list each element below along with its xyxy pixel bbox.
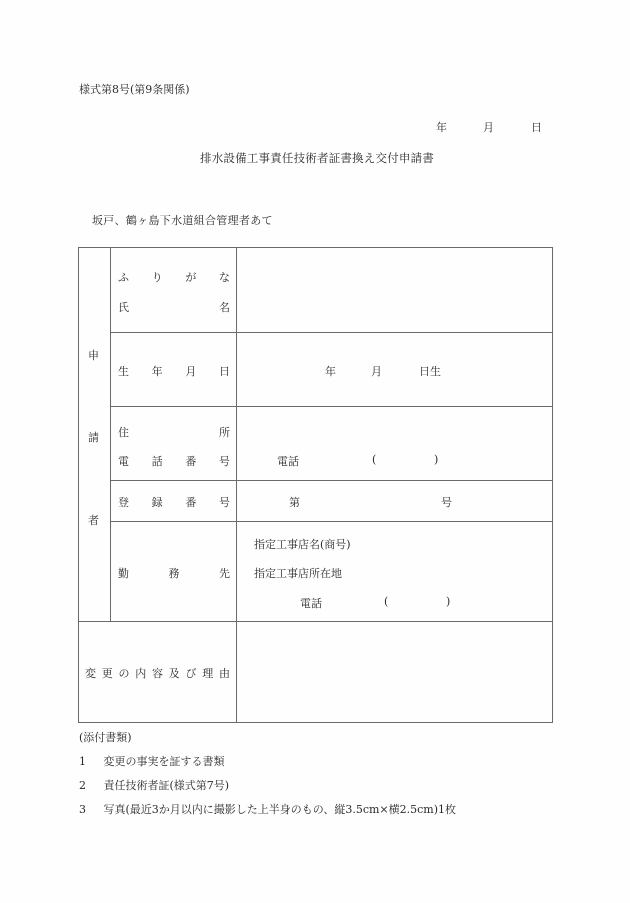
label-char: 容 — [152, 665, 163, 681]
shop-address-label: 指定工事店所在地 — [254, 565, 342, 581]
label-char: 号 — [219, 453, 230, 469]
group-column-divider — [110, 247, 111, 621]
attachments-heading: (添付書類) — [79, 729, 132, 745]
table-border-top — [78, 247, 553, 248]
label-char: 及 — [169, 665, 180, 681]
attachment-item: 3 写真(最近3か月以内に撮影した上半身のもの、縦3.5cm×横2.5cm)1枚 — [79, 801, 456, 817]
address-label: 住 所 — [118, 424, 230, 440]
addressee: 坂戸、鶴ヶ島下水道組合管理者あて — [92, 212, 273, 228]
furigana-label: ふ り が な — [118, 269, 230, 285]
row-divider — [78, 621, 553, 622]
label-char: ふ — [118, 269, 129, 285]
label-char: 勤 — [118, 565, 129, 581]
table-border-left — [78, 247, 79, 723]
label-char: 所 — [219, 424, 230, 440]
label-char: 氏 — [118, 299, 129, 315]
label-char: 月 — [185, 363, 196, 379]
birthdate-label: 生 年 月 日 — [118, 363, 230, 379]
label-char: び — [186, 665, 197, 681]
label-char: 日 — [219, 363, 230, 379]
label-char: 名 — [219, 299, 230, 315]
label-char: 内 — [135, 665, 146, 681]
paren-close: ) — [446, 595, 450, 608]
label-char: が — [185, 269, 196, 285]
paren-open: ( — [384, 595, 388, 608]
attachment-text: 責任技術者証(様式第7号) — [104, 779, 230, 792]
label-char: 住 — [118, 424, 129, 440]
birth-day-label: 日生 — [419, 363, 441, 379]
date-day-label: 日 — [531, 119, 542, 135]
label-char: り — [152, 269, 163, 285]
attachment-number: 1 — [79, 755, 86, 768]
label-char: 番 — [185, 453, 196, 469]
date-year-label: 年 — [436, 119, 447, 135]
registration-label: 登 録 番 号 — [118, 494, 230, 510]
row-divider — [110, 480, 553, 481]
label-char: 電 — [118, 453, 129, 469]
form-number: 様式第8号(第9条関係) — [79, 81, 190, 97]
label-char: 変 — [85, 665, 96, 681]
birth-month-label: 月 — [371, 363, 382, 379]
attachment-item: 2 責任技術者証(様式第7号) — [79, 777, 229, 793]
attachment-number: 3 — [79, 803, 86, 816]
attachment-text: 変更の事実を証する書類 — [104, 755, 225, 768]
label-char: 理 — [202, 665, 213, 681]
label-char: 録 — [152, 494, 163, 510]
attachment-text: 写真(最近3か月以内に撮影した上半身のもの、縦3.5cm×横2.5cm)1枚 — [104, 803, 457, 816]
label-char: 登 — [118, 494, 129, 510]
birth-year-label: 年 — [325, 363, 336, 379]
label-char: 話 — [152, 453, 163, 469]
paren-close: ) — [434, 453, 438, 466]
table-border-right — [552, 247, 553, 723]
label-char: 年 — [152, 363, 163, 379]
shop-name-label: 指定工事店名(商号) — [254, 536, 351, 552]
label-char: 更 — [102, 665, 113, 681]
label-column-divider — [236, 247, 237, 723]
name-field[interactable] — [240, 252, 548, 328]
label-char: 番 — [185, 494, 196, 510]
table-border-bottom — [78, 722, 553, 723]
change-reason-field[interactable] — [240, 626, 548, 718]
row-divider — [110, 521, 553, 522]
attachment-number: 2 — [79, 779, 86, 792]
label-char: 生 — [118, 363, 129, 379]
shop-phone-label: 電話 — [300, 595, 322, 611]
label-char: 由 — [219, 665, 230, 681]
registration-suffix: 号 — [441, 494, 452, 510]
row-divider — [110, 406, 553, 407]
label-char: 先 — [219, 565, 230, 581]
applicant-group-char: 者 — [88, 512, 99, 528]
attachment-item: 1 変更の事実を証する書類 — [79, 753, 225, 769]
workplace-label: 勤 務 先 — [118, 565, 230, 581]
applicant-group-char: 申 — [88, 347, 99, 363]
document-title: 排水設備工事責任技術者証書換え交付申請書 — [200, 150, 434, 166]
registration-prefix: 第 — [289, 494, 300, 510]
label-char: の — [119, 665, 130, 681]
phone-number-label: 電 話 番 号 — [118, 453, 230, 469]
phone-label: 電話 — [277, 453, 299, 469]
label-char: な — [219, 269, 230, 285]
applicant-group-char: 請 — [88, 429, 99, 445]
change-reason-label: 変 更 の 内 容 及 び 理 由 — [85, 665, 230, 681]
paren-open: ( — [372, 453, 376, 466]
date-month-label: 月 — [483, 119, 494, 135]
row-divider — [110, 332, 553, 333]
label-char: 号 — [219, 494, 230, 510]
label-char: 務 — [169, 565, 180, 581]
name-label: 氏 名 — [118, 299, 230, 315]
